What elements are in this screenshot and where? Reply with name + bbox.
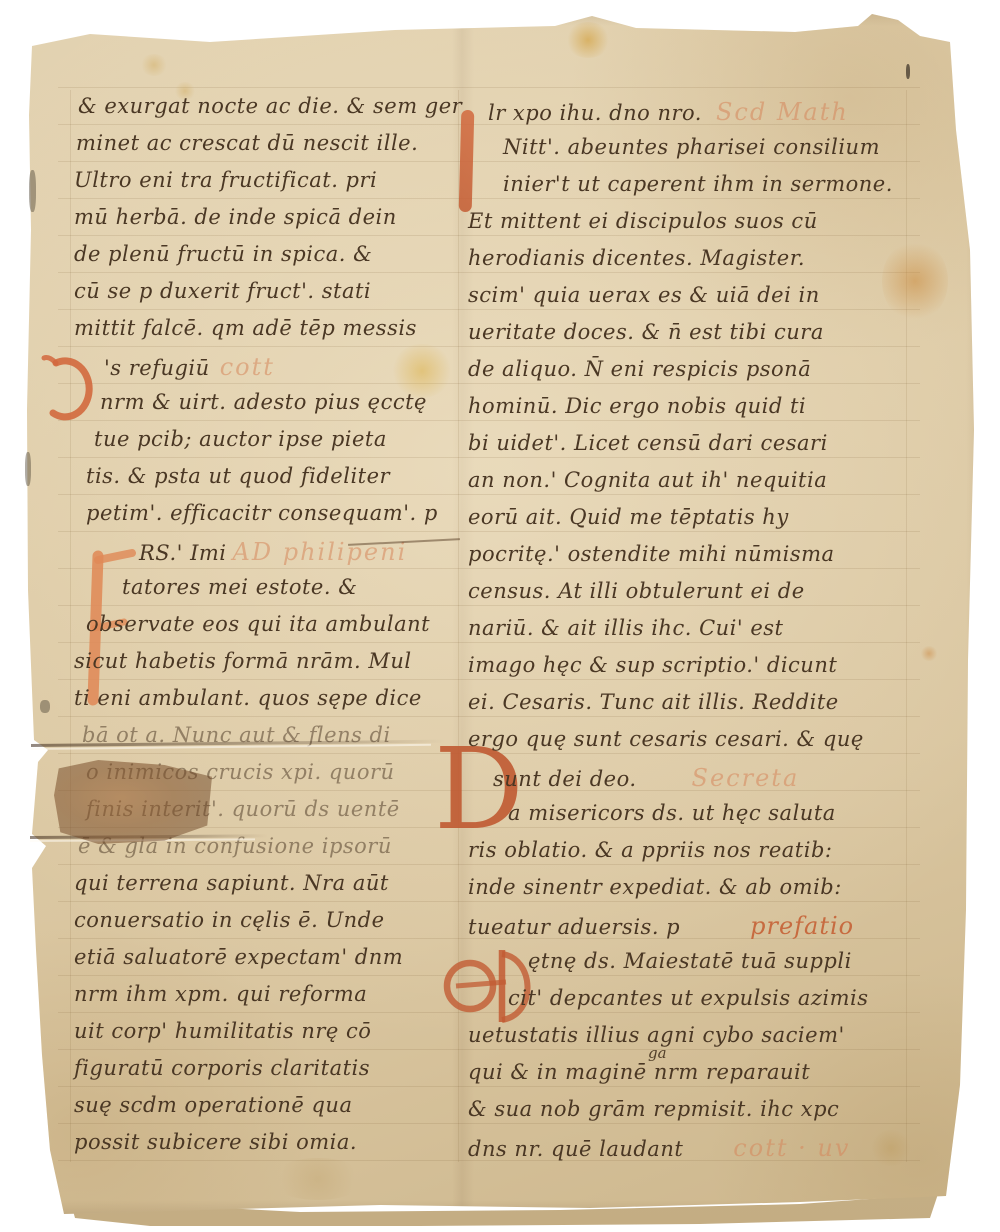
manuscript-text: an non.' Cognita aut ih' nequitia [468,468,827,492]
text-line: imago hęc & sup scriptio.' dicunt [468,653,837,690]
text-line: tue pcib; auctor ipse pieta [94,427,387,464]
text-line: dns nr. quē laudantcott · uv [468,1134,850,1171]
manuscript-text: observate eos qui ita ambulant [86,612,430,636]
text-line: cū se p duxerit fruct'. stati [74,279,371,316]
text-line: ueritate doces. & n̄ est tibi cura [468,320,824,357]
manuscript-text: pocritę.' ostendite mihi nūmisma [468,542,835,566]
manuscript-text: ętnę ds. Maiestatē tuā suppli [528,949,852,973]
manuscript-text: nrm & uirt. adesto pius ęcctę [100,390,427,414]
manuscript-text: suę scdm operationē qua [74,1093,352,1117]
repair-patch [54,760,212,844]
edge-speck-2 [25,452,31,486]
manuscript-text: ueritate doces. & n̄ est tibi cura [468,320,824,344]
text-line: Ultro eni tra fructificat. pri [74,168,377,205]
manuscript-text: nariū. & ait illis ihc. Cui' est [468,616,783,640]
manuscript-text: tue pcib; auctor ipse pieta [94,427,387,451]
text-line: tatores mei estote. & [122,575,357,612]
manuscript-text: census. At illi obtulerunt ei de [468,579,805,603]
stain-top [565,22,611,58]
manuscript-text: Nitt'. abeuntes pharisei consilium [503,135,880,159]
manuscript-text: cū se p duxerit fruct'. stati [74,279,371,303]
manuscript-text: conuersatio in cęlis ē. Unde [74,908,385,932]
text-line: hominū. Dic ergo nobis quid ti [468,394,806,431]
text-line: de plenū fructū in spica. & [74,242,372,279]
text-line: ti eni ambulant. quos sępe dice [74,686,422,723]
manuscript-text: de plenū fructū in spica. & [74,242,372,266]
manuscript-text: qui terrena sapiunt. Nra aūt [74,871,389,895]
text-line: suę scdm operationē qua [74,1093,352,1130]
manuscript-text: dns nr. quē laudant [468,1137,683,1161]
ink-speck [906,64,910,79]
manuscript-text: & sua nob grām repmisit. ihc xpc [468,1097,839,1121]
manuscript-text: tatores mei estote. & [122,575,357,599]
text-line: petim'. efficacitr consequam'. p [86,501,438,538]
right-text-column: lr xpo ihu. dno nro.Scd MathNitt'. abeun… [468,98,928,1178]
manuscript-text: uit corp' humilitatis nrę cō [74,1019,371,1043]
vertical-ruling-left [70,90,71,1162]
manuscript-text: de aliquo. N̄ eni respicis psonā [468,357,811,381]
text-line: a misericors ds. ut hęc saluta [508,801,836,838]
manuscript-text: etiā saluatorē expectam' dnm [74,945,403,969]
manuscript-text: figuratū corporis claritatis [74,1056,370,1080]
text-line: de aliquo. N̄ eni respicis psonā [468,357,811,394]
manuscript-text: possit subicere sibi omia. [74,1130,357,1154]
text-line: tueatur aduersis. pprefatio [468,912,854,949]
text-line: herodianis dicentes. Magister. [468,246,805,283]
text-line: bi uidet'. Licet censū dari cesari [468,431,828,468]
text-line: conuersatio in cęlis ē. Unde [74,908,385,945]
text-line: sicut habetis formā nrām. Mul [74,649,412,686]
text-line: qui terrena sapiunt. Nra aūt [74,871,389,908]
text-line: & exurgat nocte ac die. & sem ger [78,94,462,131]
text-line: ris oblatio. & a ppriis nos reatib: [468,838,832,875]
rubric-text: cott [220,353,275,381]
text-line: ei. Cesaris. Tunc ait illis. Reddite [468,690,839,727]
text-line: qui & in maginē nrm reparauit [468,1060,810,1097]
text-line: 's refugiūcott [104,353,275,390]
text-line: possit subicere sibi omia. [74,1130,357,1167]
manuscript-text: RS.' Imi [139,541,227,565]
text-line: figuratū corporis claritatis [74,1056,370,1093]
manuscript-text: cit' depcantes ut expulsis azimis [508,986,869,1010]
text-line: mittit falcē. qm adē tēp messis [74,316,417,353]
text-line: lr xpo ihu. dno nro.Scd Math [488,98,849,135]
interlinear-gloss: ga [648,1044,667,1062]
text-line: inier't ut caperent ihm in sermone. [503,172,893,209]
manuscript-text: imago hęc & sup scriptio.' dicunt [468,653,837,677]
text-line: pocritę.' ostendite mihi nūmisma [468,542,835,579]
text-line: inde sinentr expediat. & ab omib: [468,875,842,912]
manuscript-text: mittit falcē. qm adē tēp messis [74,316,417,340]
rubric-text: Scd Math [716,98,849,126]
manuscript-text: scim' quia uerax es & uiā dei in [468,283,820,307]
manuscript-text: Ultro eni tra fructificat. pri [74,168,377,192]
manuscript-text: inde sinentr expediat. & ab omib: [468,875,842,899]
manuscript-text: inier't ut caperent ihm in sermone. [503,172,893,196]
text-line: uit corp' humilitatis nrę cō [74,1019,371,1056]
manuscript-text: Et mittent ei discipulos suos cū [468,209,818,233]
text-line: an non.' Cognita aut ih' nequitia [468,468,827,505]
manuscript-text: herodianis dicentes. Magister. [468,246,805,270]
text-line: scim' quia uerax es & uiā dei in [468,283,820,320]
manuscript-text: mū herbā. de inde spicā dein [74,205,397,229]
text-line: & sua nob grām repmisit. ihc xpc [468,1097,839,1134]
text-line: ętnę ds. Maiestatē tuā suppli [528,949,852,986]
text-line: Et mittent ei discipulos suos cū [468,209,818,246]
text-line: Nitt'. abeuntes pharisei consilium [503,135,880,172]
left-text-column: & exurgat nocte ac die. & sem germinet a… [74,94,474,1174]
manuscript-text: ris oblatio. & a ppriis nos reatib: [468,838,832,862]
text-line: minet ac crescat dū nescit ille. [76,131,418,168]
manuscript-text: eorū ait. Quid me tēptatis hy [468,505,789,529]
manuscript-text: qui & in maginē nrm reparauit [468,1060,810,1084]
manuscript-text: ergo quę sunt cesaris cesari. & quę [468,727,864,751]
manuscript-text: nrm ihm xpm. qui reforma [74,982,367,1006]
edge-speck-1 [29,170,36,212]
text-line: census. At illi obtulerunt ei de [468,579,805,616]
manuscript-text: tueatur aduersis. p [468,915,680,939]
manuscript-text: bi uidet'. Licet censū dari cesari [468,431,828,455]
text-line: eorū ait. Quid me tēptatis hy [468,505,789,542]
manuscript-text: sicut habetis formā nrām. Mul [74,649,412,673]
manuscript-photo: D & exurgat nocte ac die. & sem germinet… [0,0,1000,1232]
text-line: cit' depcantes ut expulsis azimis [508,986,869,1023]
edge-speck-3 [40,700,50,713]
manuscript-text: ei. Cesaris. Tunc ait illis. Reddite [468,690,839,714]
manuscript-text: a misericors ds. ut hęc saluta [508,801,836,825]
manuscript-text: minet ac crescat dū nescit ille. [76,131,418,155]
text-line: tis. & psta ut quod fideliter [86,464,390,501]
manuscript-text: & exurgat nocte ac die. & sem ger [78,94,462,118]
text-line: sunt dei deo.Secreta [493,764,799,801]
text-line: nariū. & ait illis ihc. Cui' est [468,616,783,653]
text-line: mū herbā. de inde spicā dein [74,205,397,242]
text-line: ergo quę sunt cesaris cesari. & quę [468,727,864,764]
rubric-text: cott · uv [733,1134,850,1162]
text-line: observate eos qui ita ambulant [86,612,430,649]
rubric-text: Secreta [692,764,800,792]
text-line: nrm ihm xpm. qui reforma [74,982,367,1019]
manuscript-text: 's refugiū [104,356,210,380]
text-line: nrm & uirt. adesto pius ęcctę [100,390,427,427]
manuscript-text: ti eni ambulant. quos sępe dice [74,686,422,710]
manuscript-text: sunt dei deo. [493,767,637,791]
stain-top-left-1 [140,54,168,76]
manuscript-text: petim'. efficacitr consequam'. p [86,501,438,525]
manuscript-text: lr xpo ihu. dno nro. [488,101,702,125]
text-line: etiā saluatorē expectam' dnm [74,945,403,982]
manuscript-text: hominū. Dic ergo nobis quid ti [468,394,806,418]
manuscript-text: tis. & psta ut quod fideliter [86,464,390,488]
rubric-text: prefatio [750,912,854,940]
